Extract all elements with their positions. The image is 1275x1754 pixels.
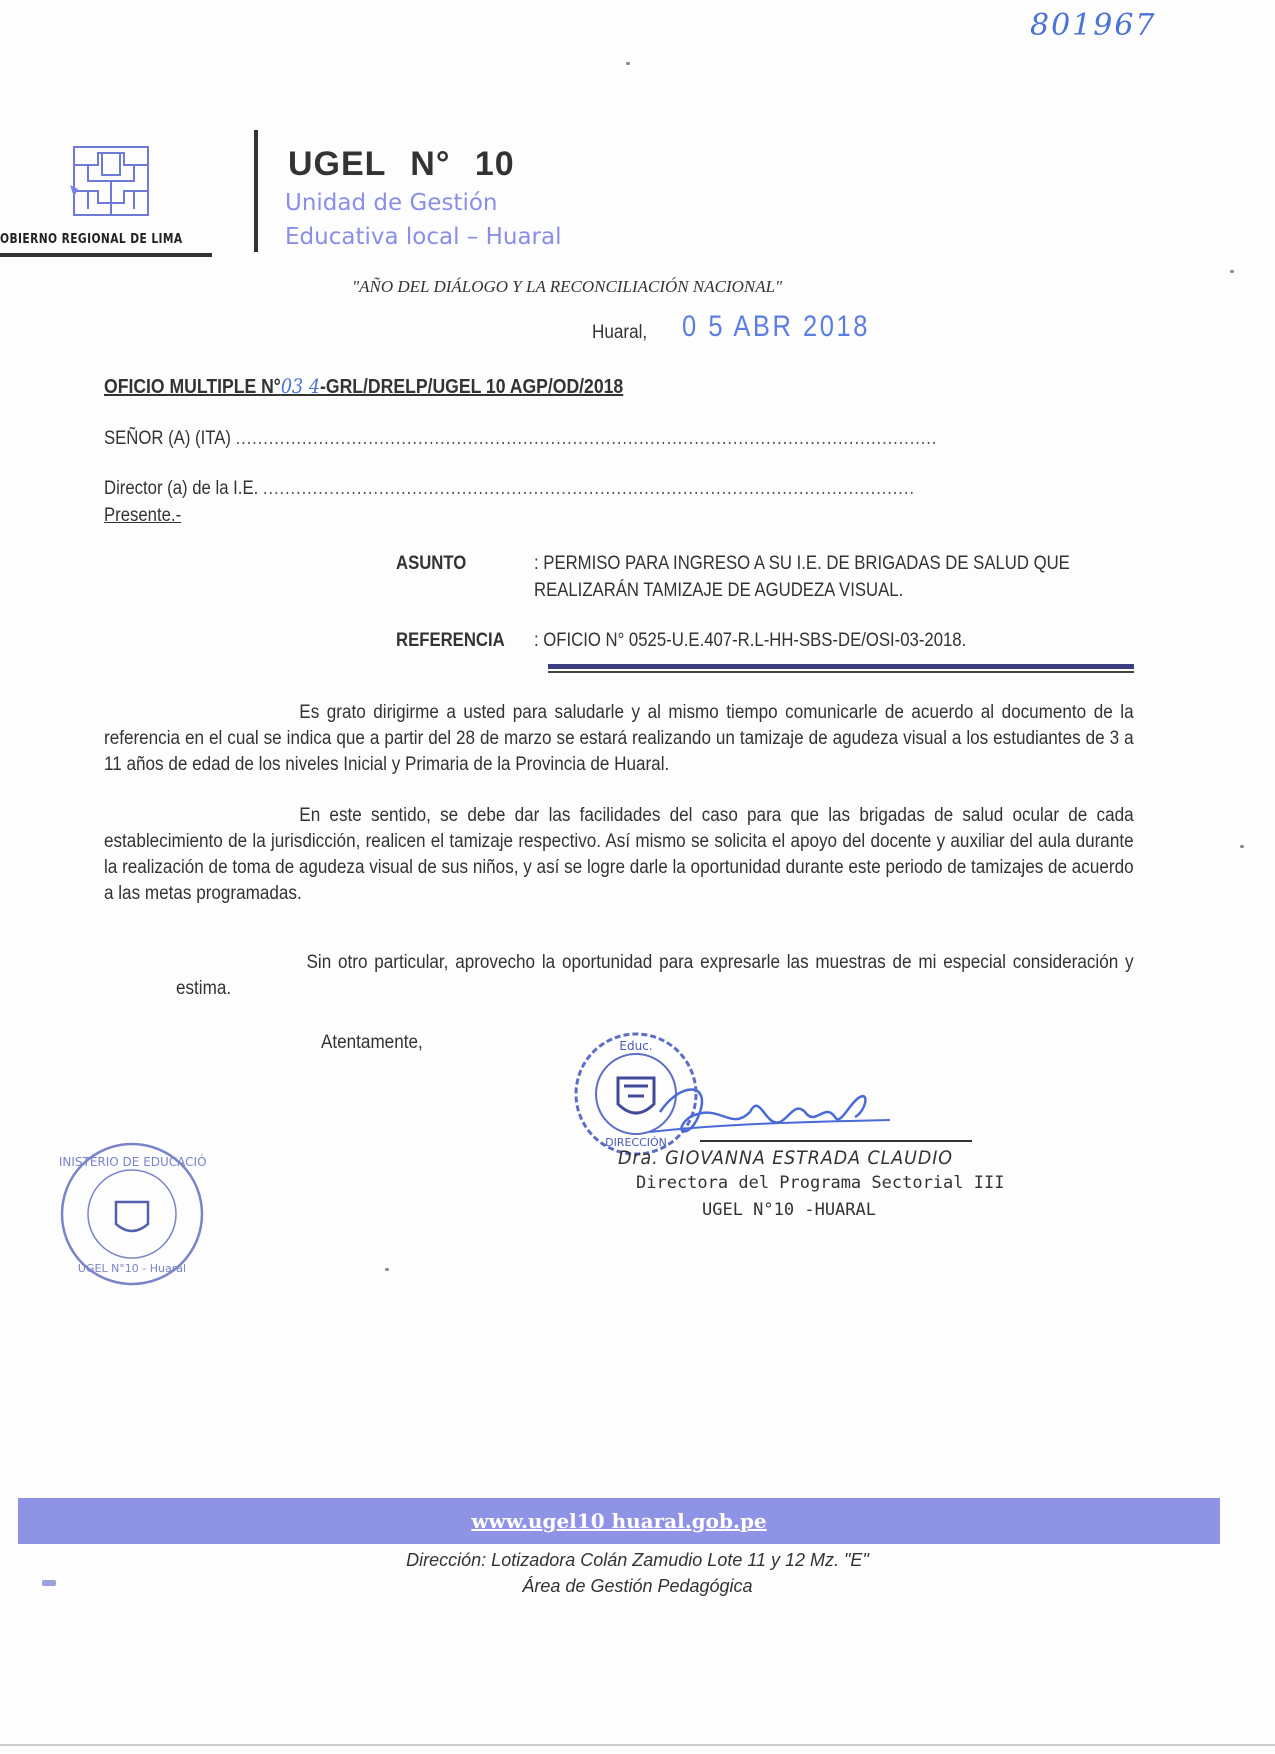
scan-speck	[385, 1268, 389, 1271]
footer-website-link[interactable]: www.ugel10 huaral.gob.pe	[0, 1509, 1238, 1533]
recipient-school-line: Director (a) de la I.E. ................…	[104, 478, 915, 500]
ugel-title: UGEL N° 10	[288, 145, 515, 184]
government-name-underline	[0, 253, 212, 257]
ugel-subtitle-line1: Unidad de Gestión	[285, 190, 497, 216]
signer-name: Dra. GIOVANNA ESTRADA CLAUDIO	[618, 1147, 953, 1169]
signer-title: Directora del Programa Sectorial III	[636, 1173, 1004, 1193]
referencia-value: : OFICIO N° 0525-U.E.407-R.L-HH-SBS-DE/O…	[534, 627, 966, 654]
svg-text:Educ.: Educ.	[619, 1039, 652, 1053]
body-paragraph-text: En este sentido, se debe dar las facilid…	[104, 803, 1134, 907]
scan-speck	[626, 62, 630, 65]
signer-organization: UGEL N°10 -HUARAL	[702, 1200, 876, 1220]
signature-line	[700, 1140, 972, 1142]
year-motto: "AÑO DEL DIÁLOGO Y LA RECONCILIACIÓN NAC…	[352, 277, 782, 297]
presente: Presente.-	[104, 505, 181, 527]
oficio-title: OFICIO MULTIPLE N°03 4-GRL/DRELP/UGEL 10…	[104, 374, 623, 399]
body-paragraph: En este sentido, se debe dar las facilid…	[104, 803, 1134, 907]
body-paragraph: Sin otro particular, aprovecho la oportu…	[176, 950, 1206, 1002]
footer-area: Área de Gestión Pedagógica	[0, 1576, 1275, 1597]
place: Huaral,	[592, 322, 647, 344]
asunto-value: : PERMISO PARA INGRESO A SU I.E. DE BRIG…	[534, 550, 1132, 604]
date-stamp: 0 5 ABR 2018	[682, 310, 870, 344]
oficio-suffix: -GRL/DRELP/UGEL 10 AGP/OD/2018	[320, 376, 623, 398]
header-divider	[254, 130, 258, 252]
recipient-name-label: SEÑOR (A) (ITA)	[104, 428, 231, 449]
oficio-prefix: OFICIO MULTIPLE N°	[104, 376, 281, 398]
recipient-school-blank: ........................................…	[263, 478, 915, 499]
svg-text:MINISTERIO DE EDUCACIÓN: MINISTERIO DE EDUCACIÓN	[58, 1154, 206, 1169]
body-paragraph: Es grato dirigirme a usted para saludarl…	[104, 700, 1134, 778]
government-name: OBIERNO REGIONAL DE LIMA	[0, 232, 183, 247]
recipient-name-blank: ........................................…	[236, 428, 938, 449]
closing: Atentamente,	[321, 1032, 423, 1054]
recipient-school-label: Director (a) de la I.E.	[104, 478, 258, 499]
asunto-label: ASUNTO	[396, 553, 466, 575]
recipient-name-line: SEÑOR (A) (ITA) ........................…	[104, 428, 937, 450]
reference-rule-thin	[548, 671, 1134, 673]
reference-rule	[548, 664, 1134, 669]
regional-government-logo-icon	[68, 145, 154, 217]
scan-speck	[1230, 270, 1234, 273]
ministry-seal-icon: MINISTERIO DE EDUCACIÓN UGEL N°10 - Huar…	[58, 1140, 206, 1288]
oficio-handwritten-number: 03 4	[281, 374, 320, 398]
svg-text:UGEL N°10 - Huaral: UGEL N°10 - Huaral	[78, 1262, 186, 1275]
handwritten-document-number: 801967	[1030, 8, 1157, 43]
body-paragraph-text: Es grato dirigirme a usted para saludarl…	[104, 700, 1134, 778]
footer-address: Dirección: Lotizadora Colán Zamudio Lote…	[0, 1550, 1275, 1571]
scan-bottom-edge	[0, 1744, 1275, 1746]
body-paragraph-text: Sin otro particular, aprovecho la oportu…	[176, 950, 1134, 1002]
scan-speck	[42, 1580, 56, 1586]
referencia-label: REFERENCIA	[396, 630, 505, 652]
scan-speck	[1240, 845, 1244, 848]
ugel-subtitle-line2: Educativa local – Huaral	[285, 224, 562, 250]
